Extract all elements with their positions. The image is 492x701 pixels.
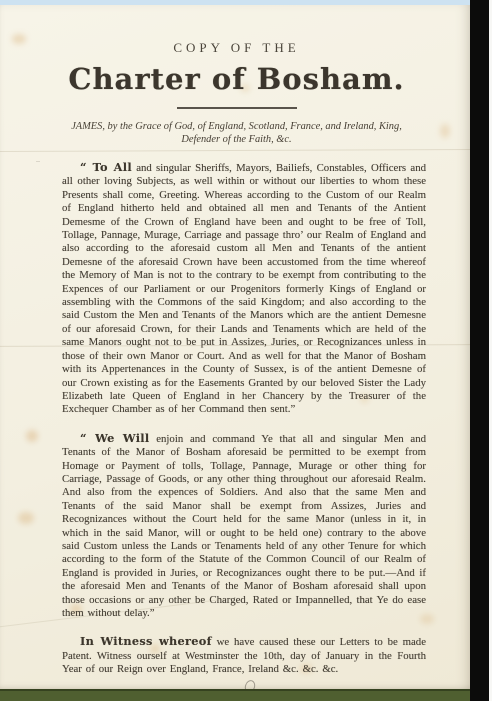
paragraph-lead: In Witness whereof — [80, 634, 212, 648]
scanned-document-photo: ‥ COPY OF THE Charter of Bosham. JAMES, … — [0, 0, 492, 701]
table-surface-edge — [0, 689, 492, 701]
paragraph-in-witness: In Witness whereof we have caused these … — [62, 635, 426, 676]
document-content: COPY OF THE Charter of Bosham. JAMES, by… — [0, 4, 473, 692]
paragraph-lead: “ We Will — [80, 431, 149, 445]
salutation-line-2: Defender of the Faith, &c. — [0, 134, 473, 147]
paragraph-we-will: “ We Will enjoin and command Ye that all… — [62, 432, 426, 621]
title-divider — [177, 107, 297, 109]
paragraph-text: enjoin and command Ye that all and singu… — [62, 433, 426, 619]
paragraph-lead: “ To All — [80, 160, 132, 174]
scan-right-edge — [470, 0, 489, 701]
salutation: JAMES, by the Grace of God, of England, … — [0, 121, 473, 146]
body-text: “ To All and singular Sheriffs, Mayors, … — [0, 161, 473, 701]
salutation-line-1: JAMES, by the Grace of God, of England, … — [0, 121, 473, 134]
document-page: ‥ COPY OF THE Charter of Bosham. JAMES, … — [0, 4, 473, 692]
document-title: Charter of Bosham. — [0, 62, 473, 96]
paragraph-text: and singular Sheriffs, Mayors, Bailiefs,… — [62, 162, 426, 415]
paragraph-to-all: “ To All and singular Sheriffs, Mayors, … — [62, 161, 426, 417]
document-supertitle: COPY OF THE — [0, 40, 473, 56]
scan-top-edge — [0, 0, 492, 5]
